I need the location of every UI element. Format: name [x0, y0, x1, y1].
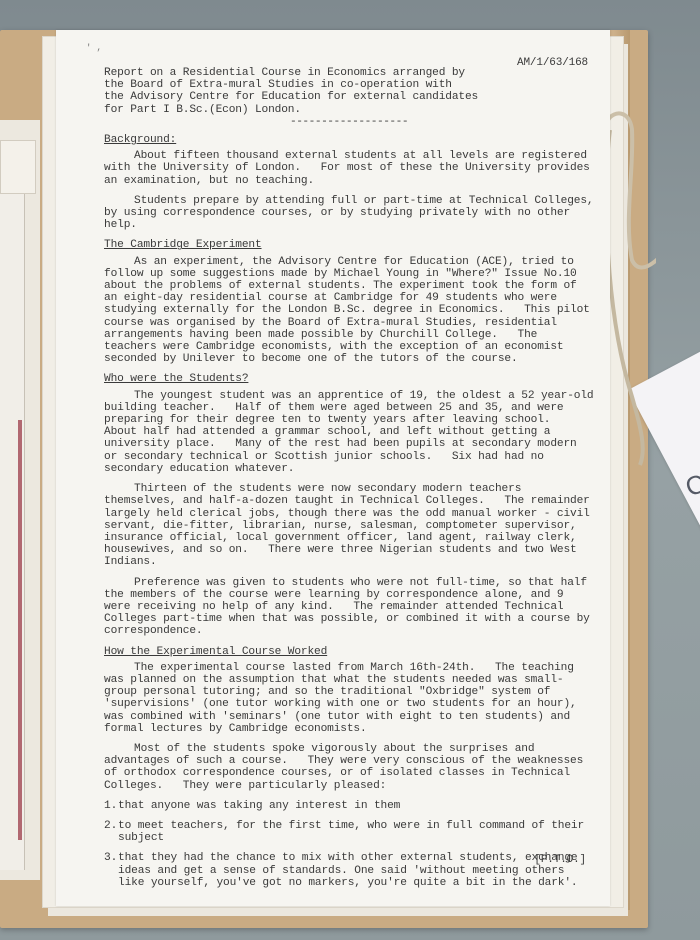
section-heading: Background:	[104, 134, 594, 146]
section-paragraph: About fifteen thousand external students…	[104, 150, 594, 187]
section-paragraph: Thirteen of the students were now second…	[104, 483, 594, 568]
report-title-line: for Part I B.Sc.(Econ) London.	[104, 104, 594, 116]
typed-report-page: ' , AM/1/63/168 Report on a Residential …	[56, 30, 610, 906]
list-text: to meet teachers, for the first time, wh…	[118, 820, 594, 844]
title-separator: -------------------	[104, 116, 594, 128]
section-heading: The Cambridge Experiment	[104, 239, 594, 251]
section-heading: Who were the Students?	[104, 373, 594, 385]
report-title-line: the Advisory Centre for Education for ex…	[104, 91, 594, 103]
report-sections: Background:About fifteen thousand extern…	[104, 134, 594, 889]
list-item: 2.to meet teachers, for the first time, …	[104, 820, 594, 844]
section-paragraph: Students prepare by attending full or pa…	[104, 195, 594, 232]
list-number: 2.	[104, 820, 118, 844]
report-title: Report on a Residential Course in Econom…	[104, 67, 594, 116]
section-paragraph: The experimental course lasted from Marc…	[104, 662, 594, 735]
please-turn-over: [P.T.O.]	[534, 854, 586, 866]
list-text: that anyone was taking any interest in t…	[118, 800, 594, 812]
section-paragraph: Most of the students spoke vigorously ab…	[104, 743, 594, 792]
section-paragraph: Preference was given to students who wer…	[104, 577, 594, 638]
list-text: that they had the chance to mix with oth…	[118, 852, 594, 889]
section-heading: How the Experimental Course Worked	[104, 646, 594, 658]
list-number: 3.	[104, 852, 118, 889]
list-item: 1.that anyone was taking any interest in…	[104, 800, 594, 812]
page-specks: ' ,	[86, 42, 102, 54]
report-title-line: Report on a Residential Course in Econom…	[104, 67, 594, 79]
section-paragraph: As an experiment, the Advisory Centre fo…	[104, 256, 594, 366]
left-paper-tab	[0, 140, 36, 194]
report-body: Report on a Residential Course in Econom…	[104, 67, 594, 897]
section-paragraph: The youngest student was an apprentice o…	[104, 390, 594, 475]
list-item: 3.that they had the chance to mix with o…	[104, 852, 594, 889]
left-red-edge	[18, 420, 22, 840]
list-number: 1.	[104, 800, 118, 812]
report-title-line: the Board of Extra-mural Studies in co-o…	[104, 79, 594, 91]
